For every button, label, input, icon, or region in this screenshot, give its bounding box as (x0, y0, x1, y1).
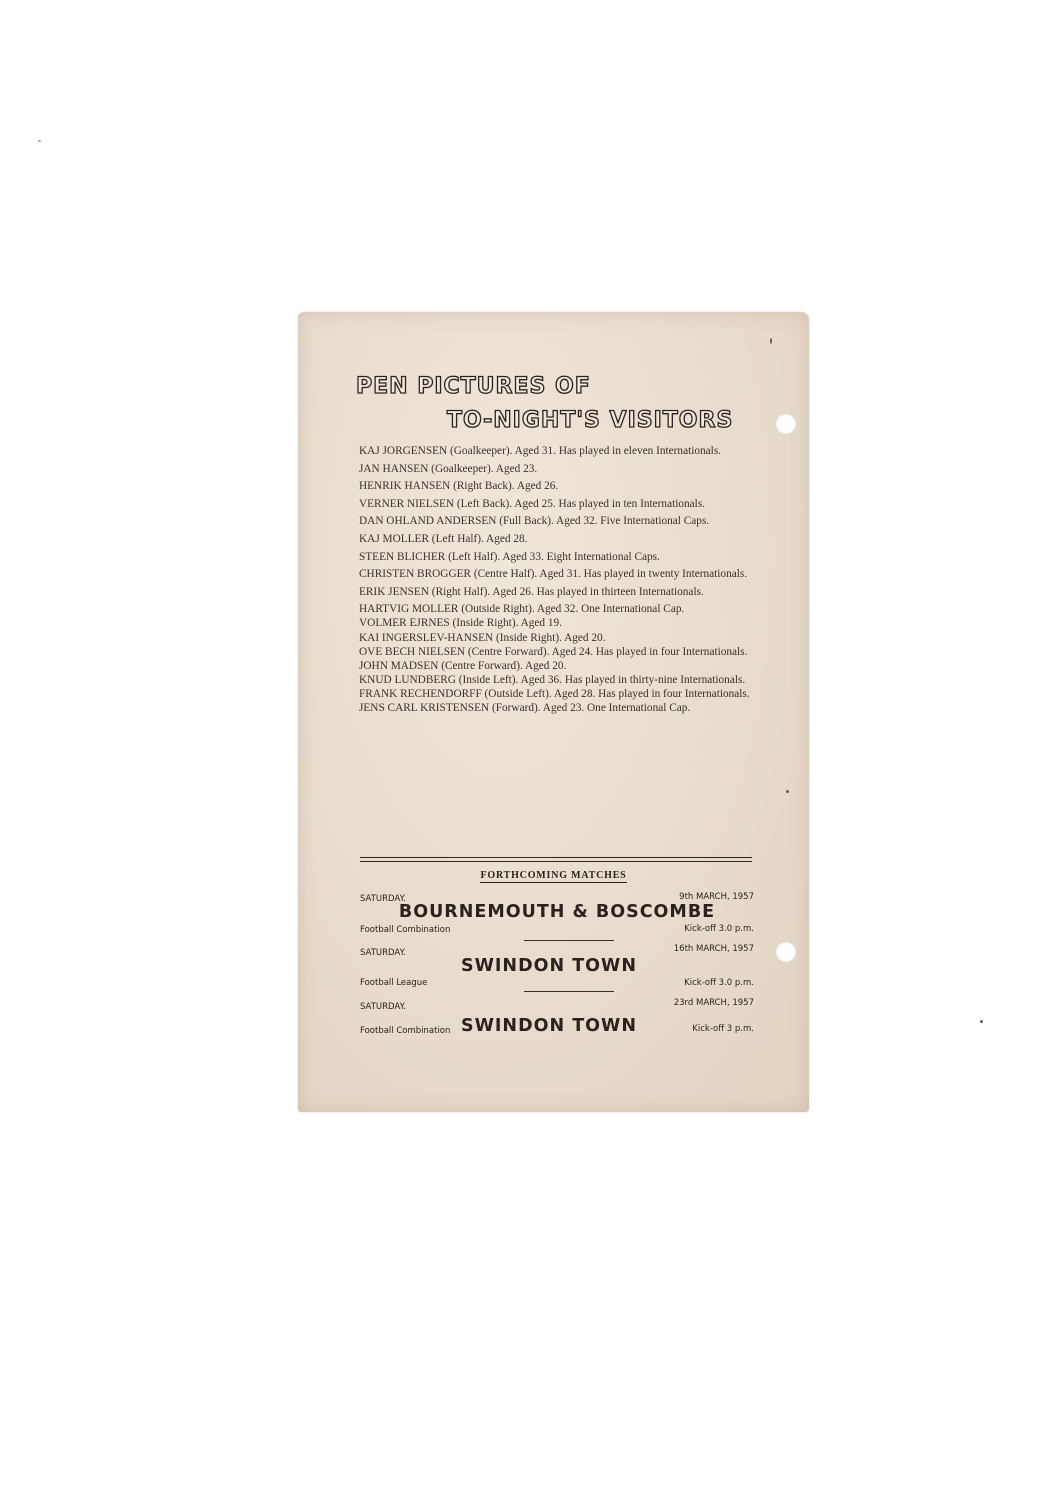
player-entry: HENRIK HANSEN (Right Back). Aged 26. (359, 480, 754, 494)
player-entry: DAN OHLAND ANDERSEN (Full Back). Aged 32… (359, 515, 754, 529)
player-entry: KAJ MOLLER (Left Half). Aged 28. (359, 533, 754, 547)
match-separator (524, 940, 614, 941)
match-competition: Football Combination (360, 925, 450, 935)
player-entry: VOLMER EJRNES (Inside Right). Aged 19. (359, 617, 754, 631)
match-date: 16th MARCH, 1957 (674, 944, 754, 954)
programme-page: PEN PICTURES OF TO-NIGHT'S VISITORS KAJ … (298, 312, 809, 1112)
player-entry: JOHN MADSEN (Centre Forward). Aged 20. (359, 660, 754, 674)
match-kickoff: Kick-off 3 p.m. (692, 1024, 754, 1034)
player-entry: FRANK RECHENDORFF (Outside Left). Aged 2… (359, 688, 754, 702)
player-entry: VERNER NIELSEN (Left Back). Aged 25. Has… (359, 498, 754, 512)
punch-hole-top (776, 414, 796, 434)
match-date: 9th MARCH, 1957 (679, 892, 754, 902)
match-competition: Football Combination (360, 1026, 450, 1036)
scan-speck (38, 140, 41, 142)
player-entry: CHRISTEN BROGGER (Centre Half). Aged 31.… (359, 568, 754, 582)
match-kickoff: Kick-off 3.0 p.m. (684, 924, 754, 934)
match-entry: SATURDAY. 23rd MARCH, 1957 SWINDON TOWN … (360, 1000, 754, 1050)
match-date: 23rd MARCH, 1957 (674, 998, 754, 1008)
player-entry: KAJ JORGENSEN (Goalkeeper). Aged 31. Has… (359, 445, 754, 459)
section-divider (360, 857, 752, 862)
player-entry: STEEN BLICHER (Left Half). Aged 33. Eigh… (359, 551, 754, 565)
match-opponent: BOURNEMOUTH & BOSCOMBE (360, 902, 754, 922)
match-day: SATURDAY. (360, 1002, 406, 1012)
forthcoming-matches-heading: FORTHCOMING MATCHES (298, 870, 809, 881)
match-separator (524, 991, 614, 992)
match-competition: Football League (360, 978, 427, 988)
match-opponent: SWINDON TOWN (352, 956, 746, 976)
player-entry: OVE BECH NIELSEN (Centre Forward). Aged … (359, 646, 754, 660)
paper-mark (786, 790, 789, 793)
paper-mark (770, 338, 772, 344)
match-kickoff: Kick-off 3.0 p.m. (684, 978, 754, 988)
page-title-line1: PEN PICTURES OF (356, 374, 591, 399)
page-title-line2: TO-NIGHT'S VISITORS (447, 408, 733, 433)
player-entry: ERIK JENSEN (Right Half). Aged 26. Has p… (359, 586, 754, 600)
match-entry: SATURDAY. 9th MARCH, 1957 BOURNEMOUTH & … (360, 894, 754, 944)
match-entry: SATURDAY. 16th MARCH, 1957 SWINDON TOWN … (360, 946, 754, 996)
player-entry: JENS CARL KRISTENSEN (Forward). Aged 23.… (359, 702, 754, 716)
player-entry: KAI INGERSLEV-HANSEN (Inside Right). Age… (359, 632, 754, 646)
scan-speck (980, 1020, 983, 1023)
punch-hole-bottom (776, 942, 796, 962)
player-entry: JAN HANSEN (Goalkeeper). Aged 23. (359, 463, 754, 477)
player-list: KAJ JORGENSEN (Goalkeeper). Aged 31. Has… (359, 445, 754, 716)
player-entry: HARTVIG MOLLER (Outside Right). Aged 32.… (359, 603, 754, 617)
player-entry: KNUD LUNDBERG (Inside Left). Aged 36. Ha… (359, 674, 754, 688)
